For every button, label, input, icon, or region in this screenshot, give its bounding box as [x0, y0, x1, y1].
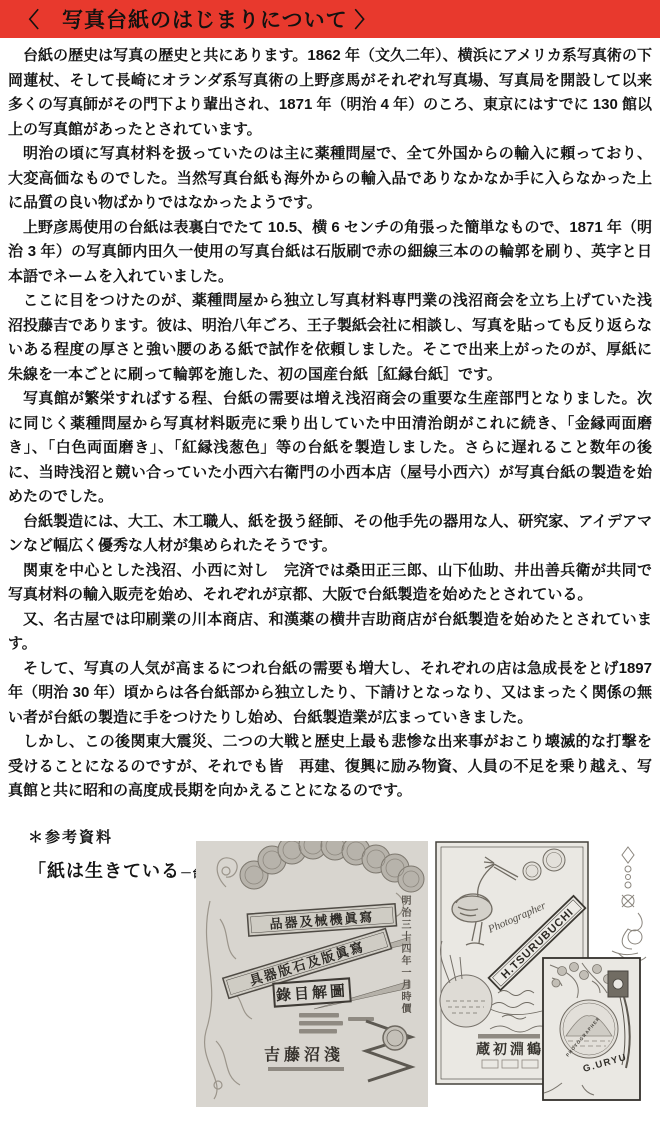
small-card: PHOTOGRAPHER G.URYU: [543, 958, 640, 1100]
proprietor-name-text: 吉藤沼淺: [264, 1046, 344, 1064]
paragraph: しかし、この後関東大震災、二つの大戦と歴史上最も悲惨な出来事がおこり壊滅的な打撃…: [8, 730, 652, 804]
paragraph: 上野彦馬使用の台紙は表裏白でたて 10.5、横 6 センチの角張った簡単なもので…: [8, 216, 652, 290]
paragraph: 台紙の歴史は写真の歴史と共にあります。1862 年（文久二年）、横浜にアメリカ系…: [8, 44, 652, 142]
paragraph: 関東を中心とした浅沼、小西に対し 完済では桑田正三郎、山下仙助、井出善兵衛が共同…: [8, 559, 652, 608]
medal-decoration: [383, 1026, 407, 1050]
mount-back-figure: Photographer H.TSURUBUCHI: [432, 833, 660, 1103]
page-header: 〈 写真台紙のはじまりについて 〉: [0, 0, 660, 38]
paragraph: 台紙製造には、大工、木工職人、紙を扱う経師、その他手先の器用な人、研究家、アイデ…: [8, 510, 652, 559]
address-micro-text: [268, 1067, 344, 1071]
document-page: 〈 写真台紙のはじまりについて 〉 台紙の歴史は写真の歴史と共にあります。186…: [0, 0, 660, 1122]
paragraph: 写真館が繁栄すればする程、台紙の需要は増え浅沼商会の重要な生産部門となりました。…: [8, 387, 652, 510]
catalog-cover-figure: 品器及械機眞寫 具器版石及版眞寫 錄目解圖 吉藤: [196, 841, 428, 1107]
page-title: 〈 写真台紙のはじまりについて 〉: [0, 4, 376, 34]
paragraph: そして、写真の人気が高まるにつれ台紙の需要も増大し、それぞれの店は急成長をとげ1…: [8, 657, 652, 731]
sprig-ornament: [612, 847, 646, 961]
paragraph: 又、名古屋では印刷業の川本商店、和漢薬の横井吉助商店が台紙製造を始めたとされてい…: [8, 608, 652, 657]
photographer-name-jp-text: 蔵初淵鶴: [476, 1041, 544, 1057]
catalog-side-date-text: 明治三十四年一月時價: [397, 895, 412, 1027]
paragraph: 明治の頃に写真材料を扱っていたのは主に薬種問屋で、全て外国からの輸入に頼っており…: [8, 142, 652, 216]
article-body: 台紙の歴史は写真の歴史と共にあります。1862 年（文久二年）、横浜にアメリカ系…: [8, 44, 652, 834]
address-micro-text: [478, 1034, 540, 1039]
paragraph: ここに目をつけたのが、薬種問屋から独立し写真材料専門業の浅沼商会を立ち上げていた…: [8, 289, 652, 387]
catalog-cover-image: 品器及械機眞寫 具器版石及版眞寫 錄目解圖 吉藤: [196, 841, 428, 1107]
catalog-title-box: 錄目解圖: [273, 978, 350, 1006]
reference-source-title: 「紙は生きている: [28, 861, 180, 881]
mount-back-image: Photographer H.TSURUBUCHI: [432, 833, 660, 1103]
